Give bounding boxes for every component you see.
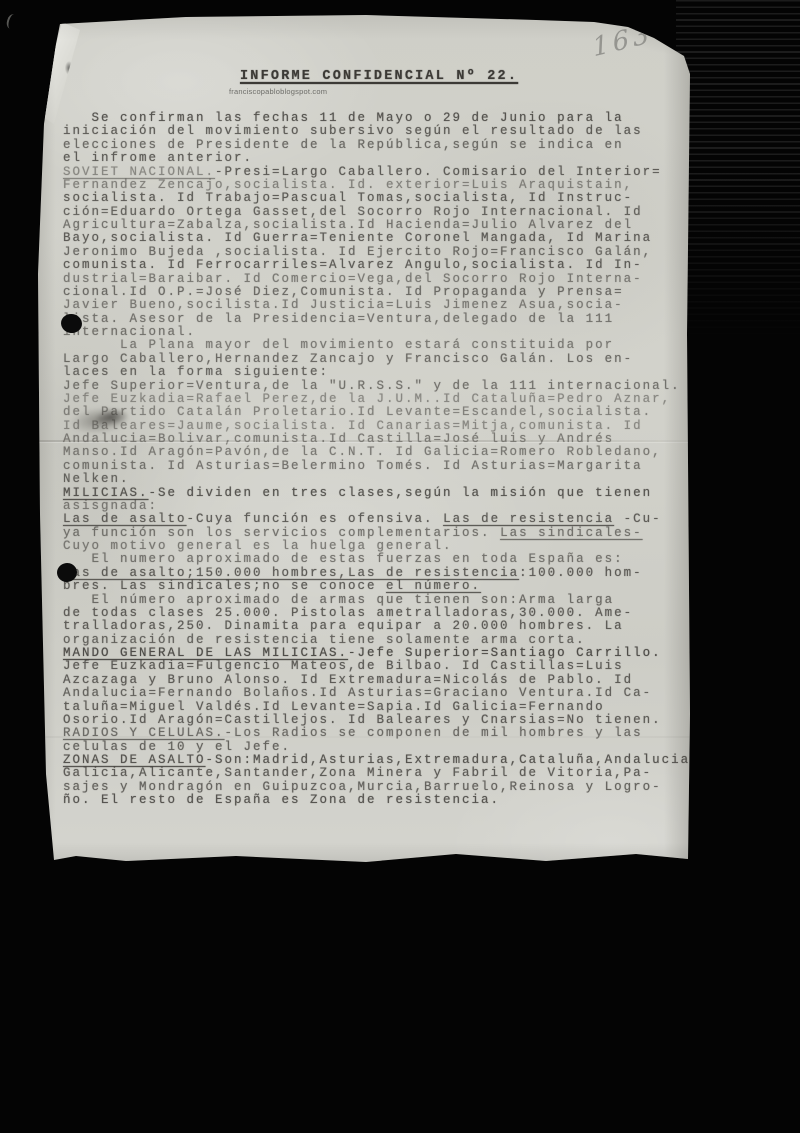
document-page: 163 INFORME CONFIDENCIAL Nº 22. francisc… bbox=[36, 14, 690, 868]
text-line: taluña=Miguel Valdés.Id Levante=Sapia.Id… bbox=[63, 701, 690, 714]
text-line: Andalucia=Fernando Bolaños.Id Asturias=G… bbox=[63, 687, 690, 700]
text-line: Manso.Id Aragón=Pavón,de la C.N.T. Id Ga… bbox=[63, 446, 690, 459]
text-line: bres. Las sindicales;no se conoce el núm… bbox=[63, 580, 690, 593]
text-line: SOVIET NACIONAL.-Presi=Largo Caballero. … bbox=[63, 166, 690, 179]
text-line: Galicia,Alicante,Santander,Zona Minera y… bbox=[63, 767, 690, 780]
paper-crease-upper bbox=[36, 440, 690, 442]
watermark-url: franciscopabloblogspot.com bbox=[229, 87, 327, 96]
text-line: celulas de 10 y el Jefe. bbox=[63, 741, 690, 754]
ink-smudge bbox=[62, 396, 146, 444]
text-line: RADIOS Y CELULAS.-Los Radios se componen… bbox=[63, 727, 690, 740]
text-line: ño. El resto de España es Zona de resist… bbox=[63, 794, 690, 807]
text-line: laces en la forma siguiente: bbox=[63, 366, 690, 379]
text-line: organización de resistencia tiene solame… bbox=[63, 634, 690, 647]
text-line: dustrial=Baraibar. Id Comercio=Vega,del … bbox=[63, 273, 690, 286]
text-line: Jefe Superior=Ventura,de la "U.R.S.S." y… bbox=[63, 380, 690, 393]
text-line: iniciación del movimiento subersivo segú… bbox=[63, 125, 690, 138]
scan-background: 163 INFORME CONFIDENCIAL Nº 22. francisc… bbox=[0, 0, 800, 1133]
text-line: Nelken. bbox=[63, 473, 690, 486]
text-line: socialista. Id Trabajo=Pascual Tomas,soc… bbox=[63, 192, 690, 205]
text-line: El número aproximado de armas que tienen… bbox=[63, 594, 690, 607]
scan-artifact bbox=[5, 13, 19, 30]
document-title: INFORME CONFIDENCIAL Nº 22. bbox=[240, 69, 518, 84]
text-line: Javier Bueno,socilista.Id Justicia=Luis … bbox=[63, 299, 690, 312]
text-line: La Plana mayor del movimiento estará con… bbox=[63, 339, 690, 352]
text-line: comunista. Id Ferrocarriles=Alvarez Angu… bbox=[63, 259, 690, 272]
text-line: El numero aproximado de estas fuerzas en… bbox=[63, 553, 690, 566]
text-line: comunista. Id Asturias=Belermino Tomés. … bbox=[63, 460, 690, 473]
text-line: Las de asalto-Cuya función es ofensiva. … bbox=[63, 513, 690, 526]
text-line: lista. Asesor de la Presidencia=Ventura,… bbox=[63, 313, 690, 326]
text-line: del Partido Catalán Proletario.Id Levant… bbox=[63, 406, 690, 419]
text-line: el infrome anterior. bbox=[63, 152, 690, 165]
handwritten-page-number: 163 bbox=[591, 19, 655, 64]
paper-crease-lower bbox=[36, 736, 690, 738]
text-line: Bayo,socialista. Id Guerra=Teniente Coro… bbox=[63, 232, 690, 245]
text-line: Id Baleares=Jaume,socialista. Id Canaria… bbox=[63, 420, 690, 433]
text-line: MILICIAS.-Se dividen en tres clases,segú… bbox=[63, 487, 690, 500]
text-line: tralladoras,250. Dinamita para equipar a… bbox=[63, 620, 690, 633]
document-body: Se confirman las fechas 11 de Mayo o 29 … bbox=[63, 112, 690, 808]
text-line: Jefe Euzkadia=Fulgencio Mateos,de Bilbao… bbox=[63, 660, 690, 673]
scanner-stripes bbox=[676, 0, 800, 340]
text-line: ción=Eduardo Ortega Gasset,del Socorro R… bbox=[63, 206, 690, 219]
text-line: ya función son los servicios complementa… bbox=[63, 527, 690, 540]
